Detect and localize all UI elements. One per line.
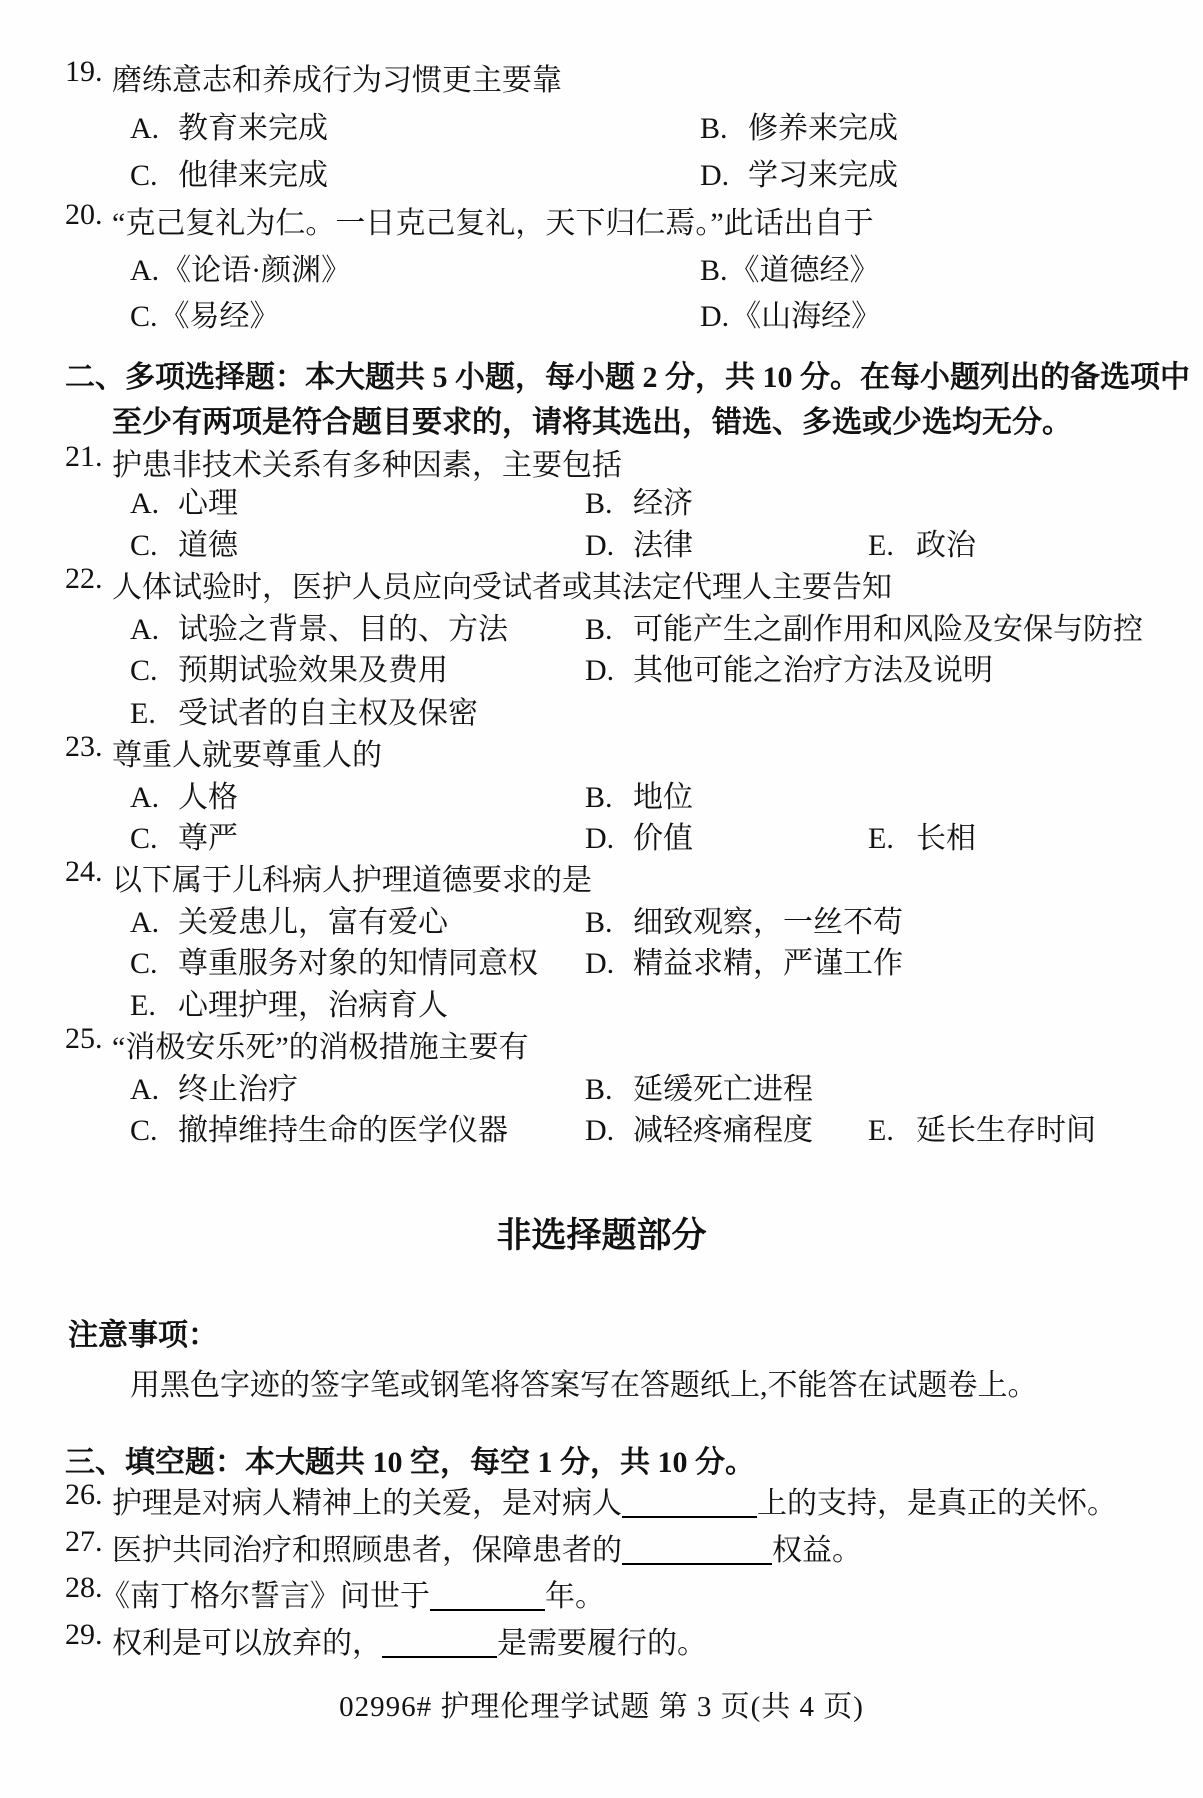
option-label: A. [130,112,164,146]
option-text: 人格 [178,781,238,814]
section2-title-line2-row: 至少有两项是符合题目要求的，请将其选出，错选、多选或少选均无分。 [0,397,1203,441]
option-label: A. [130,781,164,815]
question-20-number: 20. [65,198,103,232]
question-23-text: 尊重人就要尊重人的 [112,730,382,774]
option-label: E. [868,1114,902,1148]
notes-label-row: 注意事项： [0,1310,1203,1354]
question-24-number: 24. [65,855,103,889]
option-label: D. [700,159,734,193]
fill-in-blank [622,1536,772,1565]
option-text: 尊严 [178,822,238,855]
question-26-number: 26. [65,1478,103,1512]
question-21-option-a: A.心理 [130,478,238,522]
option-text: 可能产生之副作用和风险及安保与防控 [633,613,1143,646]
text-before-blank: 《南丁格尔誓言》问世于 [100,1580,430,1613]
question-26-text: 护理是对病人精神上的关爱，是对病人上的支持，是真正的关怀。 [112,1478,1117,1522]
text-after-blank: 是需要履行的。 [497,1627,707,1660]
question-22: 22. 人体试验时，医护人员应向受试者或其法定代理人主要告知 [0,562,1203,606]
question-29-text: 权利是可以放弃的，是需要履行的。 [112,1618,707,1662]
nonchoice-heading-row: 非选择题部分 [0,1208,1203,1258]
page-footer: 02996# 护理伦理学试题 第 3 页(共 4 页) [339,1691,864,1723]
option-text: 《道德经》 [730,254,880,287]
question-24-option-a: A.关爱患儿，富有爱心 [130,897,448,941]
text-before-blank: 护理是对病人精神上的关爱，是对病人 [112,1487,622,1520]
question-28-text: 《南丁格尔誓言》问世于年。 [100,1571,605,1615]
question-26: 26. 护理是对病人精神上的关爱，是对病人上的支持，是真正的关怀。 [0,1478,1203,1522]
option-text: 其他可能之治疗方法及说明 [633,654,993,687]
question-22-options-row-1: A.试验之背景、目的、方法 B.可能产生之副作用和风险及安保与防控 [0,604,1203,648]
option-text: 细致观察，一丝不苟 [633,906,903,939]
question-29-number: 29. [65,1618,103,1652]
option-text: 减轻疼痛程度 [633,1114,813,1147]
question-24-text: 以下属于儿科病人护理道德要求的是 [112,855,592,899]
question-27: 27. 医护共同治疗和照顾患者，保障患者的权益。 [0,1525,1203,1569]
option-label: A. [130,613,164,647]
question-20: 20. “克己复礼为仁。一日克己复礼，天下归仁焉。”此话出自于 [0,198,1203,242]
question-24-option-c: C.尊重服务对象的知情同意权 [130,938,538,982]
question-24-option-d: D.精益求精，严谨工作 [585,938,903,982]
question-20-option-c: C.《易经》 [130,291,280,335]
question-22-options-row-2: C.预期试验效果及费用 D.其他可能之治疗方法及说明 [0,645,1203,689]
option-label: B. [700,112,734,146]
option-label: D. [585,822,619,856]
question-19-options-row-2: C.他律来完成 D.学习来完成 [0,150,1203,194]
option-label: D. [585,947,619,981]
section2-title-line1: 二、多项选择题：本大题共 5 小题，每小题 2 分，共 10 分。在每小题列出的… [65,352,1190,396]
question-25-number: 25. [65,1022,103,1056]
question-28-number: 28. [65,1571,103,1605]
question-24-options-row-2: C.尊重服务对象的知情同意权 D.精益求精，严谨工作 [0,938,1203,982]
question-19-option-a: A.教育来完成 [130,103,328,147]
question-19: 19. 磨练意志和养成行为习惯更主要靠 [0,55,1203,99]
option-label: B. [585,487,619,521]
question-27-text: 医护共同治疗和照顾患者，保障患者的权益。 [112,1525,862,1569]
question-21-option-b: B.经济 [585,478,693,522]
question-19-option-b: B.修养来完成 [700,103,898,147]
option-text: 政治 [916,529,976,562]
fill-in-blank [622,1489,757,1518]
question-23-option-b: B.地位 [585,772,693,816]
notes-text-row: 用黑色字迹的签字笔或钢笔将答案写在答题纸上,不能答在试题卷上。 [0,1360,1203,1404]
question-23-options-row-2: C.尊严 D.价值 E.长相 [0,813,1203,857]
option-label: E. [130,697,164,731]
question-22-option-c: C.预期试验效果及费用 [130,645,448,689]
question-20-options-row-1: A.《论语·颜渊》 B.《道德经》 [0,245,1203,289]
question-24-option-e: E.心理护理，治病育人 [130,980,448,1024]
question-23-option-c: C.尊严 [130,813,238,857]
option-label: D. [585,1114,619,1148]
option-text: 《论语·颜渊》 [161,254,351,287]
question-25-option-b: B.延缓死亡进程 [585,1064,813,1108]
nonchoice-heading: 非选择题部分 [496,1216,706,1255]
exam-page: 19. 磨练意志和养成行为习惯更主要靠 A.教育来完成 B.修养来完成 C.他律… [0,0,1203,1798]
question-22-options-row-3: E.受试者的自主权及保密 [0,688,1203,732]
option-label: E. [868,529,902,563]
option-text: 他律来完成 [178,159,328,192]
question-23-option-a: A.人格 [130,772,238,816]
option-text: 经济 [633,487,693,520]
question-23: 23. 尊重人就要尊重人的 [0,730,1203,774]
option-label: A. [130,906,164,940]
option-text: 尊重服务对象的知情同意权 [178,947,538,980]
option-text: 学习来完成 [748,159,898,192]
option-text: 价值 [633,822,693,855]
option-label: D. [700,300,729,334]
text-before-blank: 医护共同治疗和照顾患者，保障患者的 [112,1534,622,1567]
text-after-blank: 上的支持，是真正的关怀。 [757,1487,1117,1520]
option-text: 教育来完成 [178,112,328,145]
option-label: B. [585,1073,619,1107]
question-25-option-d: D.减轻疼痛程度 [585,1105,813,1149]
question-20-option-b: B.《道德经》 [700,245,880,289]
question-21-options-row-1: A.心理 B.经济 [0,478,1203,522]
option-label: C. [130,529,164,563]
question-21-option-c: C.道德 [130,520,238,564]
notes-text: 用黑色字迹的签字笔或钢笔将答案写在答题纸上,不能答在试题卷上。 [130,1360,1038,1404]
option-label: D. [585,654,619,688]
question-28: 28. 《南丁格尔誓言》问世于年。 [0,1571,1203,1615]
question-22-option-b: B.可能产生之副作用和风险及安保与防控 [585,604,1143,648]
option-text: 关爱患儿，富有爱心 [178,906,448,939]
option-label: B. [585,613,619,647]
section3-title-row: 三、填空题：本大题共 10 空，每空 1 分，共 10 分。 [0,1437,1203,1481]
option-label: C. [130,159,164,193]
option-text: 地位 [633,781,693,814]
option-text: 修养来完成 [748,112,898,145]
question-23-option-d: D.价值 [585,813,693,857]
option-label: E. [130,989,164,1023]
option-label: A. [130,254,159,288]
option-text: 精益求精，严谨工作 [633,947,903,980]
option-label: B. [700,254,728,288]
option-text: 终止治疗 [178,1073,298,1106]
option-text: 预期试验效果及费用 [178,654,448,687]
fill-in-blank [382,1629,497,1658]
question-19-number: 19. [65,55,103,89]
question-20-text: “克己复礼为仁。一日克己复礼，天下归仁焉。”此话出自于 [112,198,874,242]
question-29: 29. 权利是可以放弃的，是需要履行的。 [0,1618,1203,1662]
option-text: 延缓死亡进程 [633,1073,813,1106]
question-27-number: 27. [65,1525,103,1559]
option-label: C. [130,654,164,688]
option-text: 心理护理，治病育人 [178,989,448,1022]
question-25-text: “消极安乐死”的消极措施主要有 [112,1022,529,1066]
option-label: B. [585,781,619,815]
notes-label: 注意事项： [68,1310,218,1354]
question-20-option-d: D.《山海经》 [700,291,881,335]
option-text: 长相 [916,822,976,855]
question-22-text: 人体试验时，医护人员应向受试者或其法定代理人主要告知 [112,562,892,606]
question-21-options-row-2: C.道德 D.法律 E.政治 [0,520,1203,564]
option-label: A. [130,1073,164,1107]
text-before-blank: 权利是可以放弃的， [112,1627,382,1660]
question-25-options-row-2: C.撤掉维持生命的医学仪器 D.减轻疼痛程度 E.延长生存时间 [0,1105,1203,1149]
text-after-blank: 权益。 [772,1534,862,1567]
text-after-blank: 年。 [545,1580,605,1613]
question-22-option-a: A.试验之背景、目的、方法 [130,604,508,648]
question-19-options-row-1: A.教育来完成 B.修养来完成 [0,103,1203,147]
option-text: 心理 [178,487,238,520]
option-text: 受试者的自主权及保密 [178,697,478,730]
question-19-text: 磨练意志和养成行为习惯更主要靠 [112,55,562,99]
page-footer-row: 02996# 护理伦理学试题 第 3 页(共 4 页) [0,1684,1203,1728]
question-22-option-d: D.其他可能之治疗方法及说明 [585,645,993,689]
question-24-options-row-1: A.关爱患儿，富有爱心 B.细致观察，一丝不苟 [0,897,1203,941]
option-text: 《易经》 [160,300,280,333]
question-25-option-a: A.终止治疗 [130,1064,298,1108]
question-23-number: 23. [65,730,103,764]
question-25-option-e: E.延长生存时间 [868,1105,1096,1149]
option-label: C. [130,1114,164,1148]
option-label: E. [868,822,902,856]
question-21-number: 21. [65,440,103,474]
question-24-option-b: B.细致观察，一丝不苟 [585,897,903,941]
question-23-options-row-1: A.人格 B.地位 [0,772,1203,816]
question-25: 25. “消极安乐死”的消极措施主要有 [0,1022,1203,1066]
section2-title-line2: 至少有两项是符合题目要求的，请将其选出，错选、多选或少选均无分。 [112,397,1072,441]
option-label: B. [585,906,619,940]
question-25-options-row-1: A.终止治疗 B.延缓死亡进程 [0,1064,1203,1108]
question-19-option-c: C.他律来完成 [130,150,328,194]
question-24: 24. 以下属于儿科病人护理道德要求的是 [0,855,1203,899]
question-20-options-row-2: C.《易经》 D.《山海经》 [0,291,1203,335]
question-22-number: 22. [65,562,103,596]
question-22-option-e: E.受试者的自主权及保密 [130,688,478,732]
section3-title: 三、填空题：本大题共 10 空，每空 1 分，共 10 分。 [65,1437,755,1481]
option-text: 道德 [178,529,238,562]
question-25-option-c: C.撤掉维持生命的医学仪器 [130,1105,508,1149]
fill-in-blank [430,1582,545,1611]
question-23-option-e: E.长相 [868,813,976,857]
question-24-options-row-3: E.心理护理，治病育人 [0,980,1203,1024]
option-label: C. [130,822,164,856]
option-label: D. [585,529,619,563]
question-21-option-d: D.法律 [585,520,693,564]
option-text: 延长生存时间 [916,1114,1096,1147]
option-text: 试验之背景、目的、方法 [178,613,508,646]
option-label: C. [130,947,164,981]
question-19-option-d: D.学习来完成 [700,150,898,194]
option-label: A. [130,487,164,521]
option-text: 《山海经》 [731,300,881,333]
option-text: 法律 [633,529,693,562]
question-21-option-e: E.政治 [868,520,976,564]
option-text: 撤掉维持生命的医学仪器 [178,1114,508,1147]
section2-title-line1-row: 二、多项选择题：本大题共 5 小题，每小题 2 分，共 10 分。在每小题列出的… [0,352,1203,396]
question-20-option-a: A.《论语·颜渊》 [130,245,351,289]
option-label: C. [130,300,158,334]
